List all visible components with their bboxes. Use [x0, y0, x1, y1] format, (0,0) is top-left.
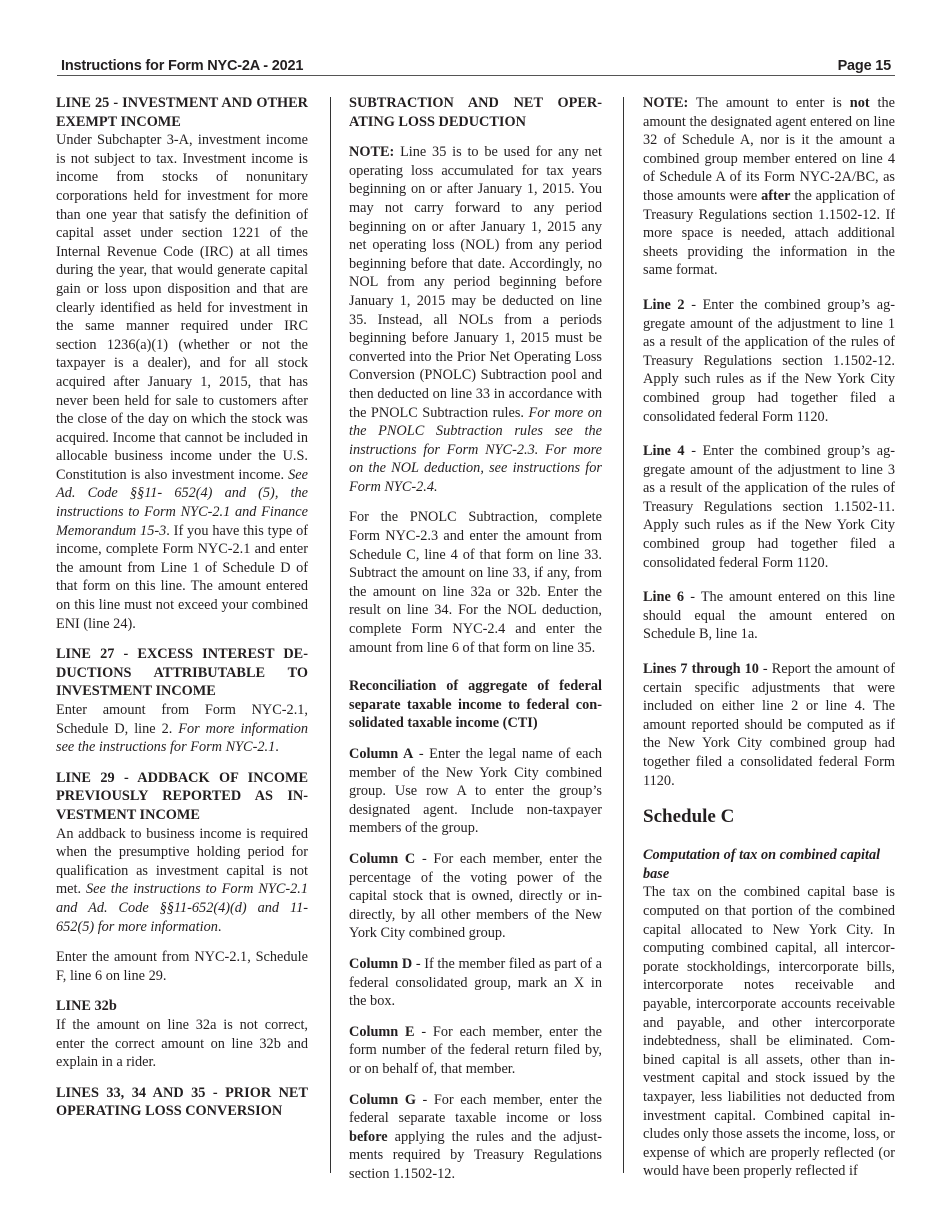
line-label: Line 4: [643, 443, 685, 459]
section-heading: LINE 27 - EXCESS INTEREST DE­DUCTIONS AT…: [56, 645, 308, 701]
body-text: Under Subchapter 3-A, investment in­come…: [56, 132, 308, 483]
lines-7-10-paragraph: Lines 7 through 10 - Report the amount o…: [643, 660, 895, 790]
section-body-2: Enter the amount from NYC-2.1, Sched­ule…: [56, 948, 308, 985]
body-text: - Report the amount of certain specific …: [643, 661, 895, 789]
pnolc-paragraph: For the PNOLC Subtraction, complete Form…: [349, 508, 602, 657]
note-label: NOTE:: [643, 95, 688, 111]
section-body: Enter amount from Form NYC-2.1, Schedule…: [56, 701, 308, 757]
schedule-c-title: Schedule C: [643, 806, 895, 828]
section-line-27: LINE 27 - EXCESS INTEREST DE­DUCTIONS AT…: [56, 645, 308, 757]
body-text: . If you have this type of income, compl…: [56, 523, 308, 632]
line-label: Lines 7 through 10: [643, 661, 759, 677]
column-a-paragraph: Column A - Enter the legal name of each …: [349, 745, 602, 838]
column-label: Column D: [349, 956, 412, 972]
emphasis: not: [850, 95, 870, 111]
body-text: - Enter the combined group’s ag­gregate …: [643, 297, 895, 425]
section-line-29: LINE 29 - ADDBACK OF INCOME PREVIOUSLY R…: [56, 769, 308, 986]
column-label: Column G: [349, 1092, 416, 1108]
column-e-paragraph: Column E - For each member, enter the fo…: [349, 1023, 602, 1079]
section-heading-continued: SUBTRACTION AND NET OPER­ATING LOSS DEDU…: [349, 94, 602, 131]
column-3: NOTE: The amount to enter is not the amo…: [643, 94, 895, 1193]
column-label: Column E: [349, 1024, 415, 1040]
section-body: An addback to business income is re­quir…: [56, 825, 308, 937]
line-label: Line 6: [643, 589, 684, 605]
note-paragraph: NOTE: The amount to enter is not the amo…: [643, 94, 895, 280]
column-divider-left: [330, 97, 331, 1173]
emphasis: before: [349, 1129, 388, 1145]
section-heading: LINE 32b: [56, 997, 308, 1016]
schedule-c-body: The tax on the combined capital base is …: [643, 883, 895, 1181]
body-text: .: [218, 919, 222, 935]
reconciliation-heading: Reconciliation of aggregate of federal s…: [349, 677, 602, 733]
column-g-paragraph: Column G - For each member, enter the fe…: [349, 1091, 602, 1184]
body-text: applying the rules and the adjust­ments …: [349, 1129, 602, 1182]
column-label: Column C: [349, 851, 415, 867]
line-label: Line 2: [643, 297, 685, 313]
section-lines-33-35: LINES 33, 34 AND 35 - PRIOR NET OPERATIN…: [56, 1084, 308, 1121]
note-label: NOTE:: [349, 144, 394, 160]
section-line-25: LINE 25 - INVESTMENT AND OTHER EXEMPT IN…: [56, 94, 308, 633]
body-text: - Enter the combined group’s ag­gregate …: [643, 443, 895, 571]
section-body: Under Subchapter 3-A, investment in­come…: [56, 131, 308, 633]
body-text: Line 35 is to be used for any net operat…: [349, 144, 602, 420]
page-number: Page 15: [834, 58, 895, 75]
line-6-paragraph: Line 6 - The amount entered on this line…: [643, 588, 895, 644]
column-divider-right: [623, 97, 624, 1173]
section-line-32b: LINE 32b If the amount on line 32a is no…: [56, 997, 308, 1071]
column-label: Column A: [349, 746, 413, 762]
emphasis: after: [761, 188, 790, 204]
section-body: If the amount on line 32a is not correct…: [56, 1016, 308, 1072]
page-header: Instructions for Form NYC-2A - 2021 Page…: [57, 57, 895, 76]
section-heading: LINES 33, 34 AND 35 - PRIOR NET OPERATIN…: [56, 1084, 308, 1121]
column-1: LINE 25 - INVESTMENT AND OTHER EXEMPT IN…: [56, 94, 308, 1133]
document-title: Instructions for Form NYC-2A - 2021: [57, 58, 307, 75]
section-heading: LINE 29 - ADDBACK OF INCOME PREVIOUSLY R…: [56, 769, 308, 825]
column-c-paragraph: Column C - For each member, enter the pe…: [349, 850, 602, 943]
line-4-paragraph: Line 4 - Enter the combined group’s ag­g…: [643, 442, 895, 572]
body-italic-reference: See the instructions to Form NYC-2.1 and…: [56, 881, 308, 934]
body-text: The amount to enter is: [688, 95, 849, 111]
line-2-paragraph: Line 2 - Enter the combined group’s ag­g…: [643, 296, 895, 426]
body-text: .: [275, 739, 279, 755]
schedule-c-subheading: Computation of tax on combined capi­tal …: [643, 846, 895, 883]
column-2: SUBTRACTION AND NET OPER­ATING LOSS DEDU…: [349, 94, 602, 1195]
section-heading: LINE 25 - INVESTMENT AND OTHER EXEMPT IN…: [56, 94, 308, 131]
column-d-paragraph: Column D - If the member filed as part o…: [349, 955, 602, 1011]
note-paragraph: NOTE: Line 35 is to be used for any net …: [349, 143, 602, 496]
